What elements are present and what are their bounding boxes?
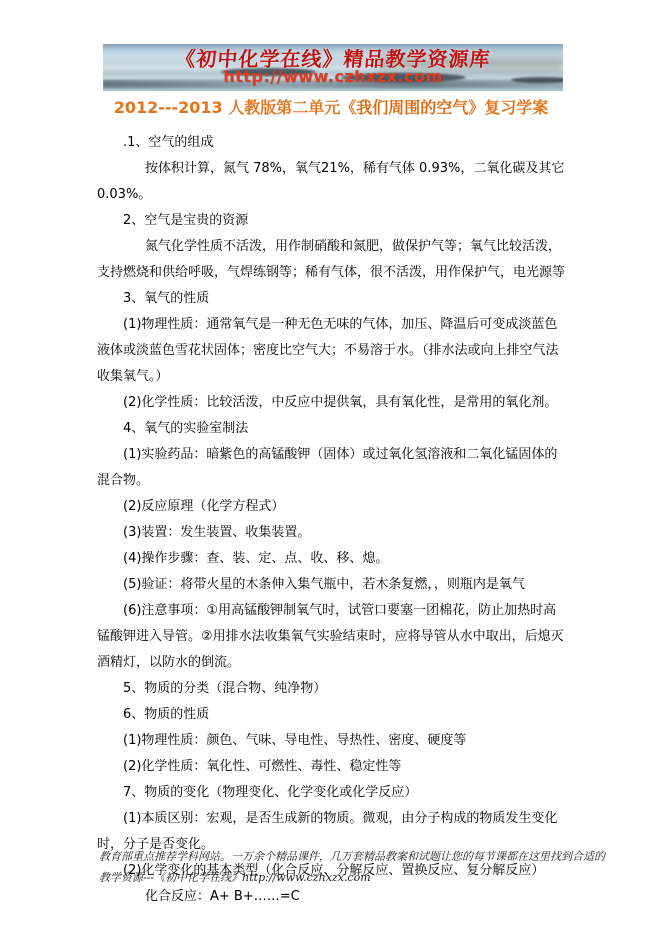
paragraph: .1、空气的组成 xyxy=(97,130,565,156)
paragraph: (1)物理性质：颜色、气味、导电性、导热性、密度、硬度等 xyxy=(97,728,565,754)
footer-line: 教育部重点推荐学科网站。一万余个精品课件，几万套精品教案和试题让您的每节课都在这… xyxy=(99,846,569,867)
paragraph: 6、物质的性质 xyxy=(97,702,565,728)
paragraph: (2)反应原理（化学方程式） xyxy=(97,494,565,520)
paragraph: 氮气化学性质不活泼，用作制硝酸和氮肥，做保护气等；氧气比较活泼，支持燃烧和供给呼… xyxy=(97,234,565,286)
paragraph: (4)操作步骤：查、装、定、点、收、移、熄。 xyxy=(97,546,565,572)
footer-line: 教学资源---《初中化学在线》http://www.czhxzx.com xyxy=(99,867,569,888)
document-footer: 教育部重点推荐学科网站。一万余个精品课件，几万套精品教案和试题让您的每节课都在这… xyxy=(99,846,569,888)
banner-image: 《初中化学在线》精品教学资源库 http://www.czhxzx.com xyxy=(103,44,563,91)
paragraph: 2、空气是宝贵的资源 xyxy=(97,208,565,234)
paragraph: 3、氧气的性质 xyxy=(97,286,565,312)
paragraph: (6)注意事项：①用高锰酸钾制氧气时，试管口要塞一团棉花，防止加热时高锰酸钾进入… xyxy=(97,598,565,676)
banner-site-url: http://www.czhxzx.com xyxy=(103,68,563,86)
document-page: 《初中化学在线》精品教学资源库 http://www.czhxzx.com 20… xyxy=(0,0,661,935)
paragraph: 按体积计算，氮气 78%，氧气21%，稀有气体 0.93%，二氧化碳及其它 0.… xyxy=(97,156,565,208)
page-title: 2012---2013 人教版第二单元《我们周围的空气》复习学案 xyxy=(90,97,572,119)
title-suffix: 》复习学案 xyxy=(468,98,548,117)
document-body: .1、空气的组成按体积计算，氮气 78%，氧气21%，稀有气体 0.93%，二氧… xyxy=(97,130,565,910)
title-emphasis: 我们周围的空气 xyxy=(356,98,468,117)
paragraph: (1)实验药品：暗紫色的高锰酸钾（固体）或过氧化氢溶液和二氧化锰固体的混合物。 xyxy=(97,442,565,494)
paragraph: (5)验证：将带火星的木条伸入集气瓶中，若木条复燃，，则瓶内是氧气 xyxy=(97,572,565,598)
paragraph: 5、物质的分类（混合物、纯净物） xyxy=(97,676,565,702)
paragraph: (2)化学性质：氧化性、可燃性、毒性、稳定性等 xyxy=(97,754,565,780)
paragraph: (1)物理性质：通常氧气是一种无色无味的气体，加压、降温后可变成淡蓝色液体或淡蓝… xyxy=(97,312,565,390)
paragraph: 4、氧气的实验室制法 xyxy=(97,416,565,442)
title-prefix: 2012---2013 人教版第二单元《 xyxy=(114,98,357,117)
paragraph: 7、物质的变化（物理变化、化学变化或化学反应） xyxy=(97,780,565,806)
paragraph: (2)化学性质：比较活泼，中反应中提供氧，具有氧化性，是常用的氧化剂。 xyxy=(97,390,565,416)
paragraph: (3)装置：发生装置、收集装置。 xyxy=(97,520,565,546)
